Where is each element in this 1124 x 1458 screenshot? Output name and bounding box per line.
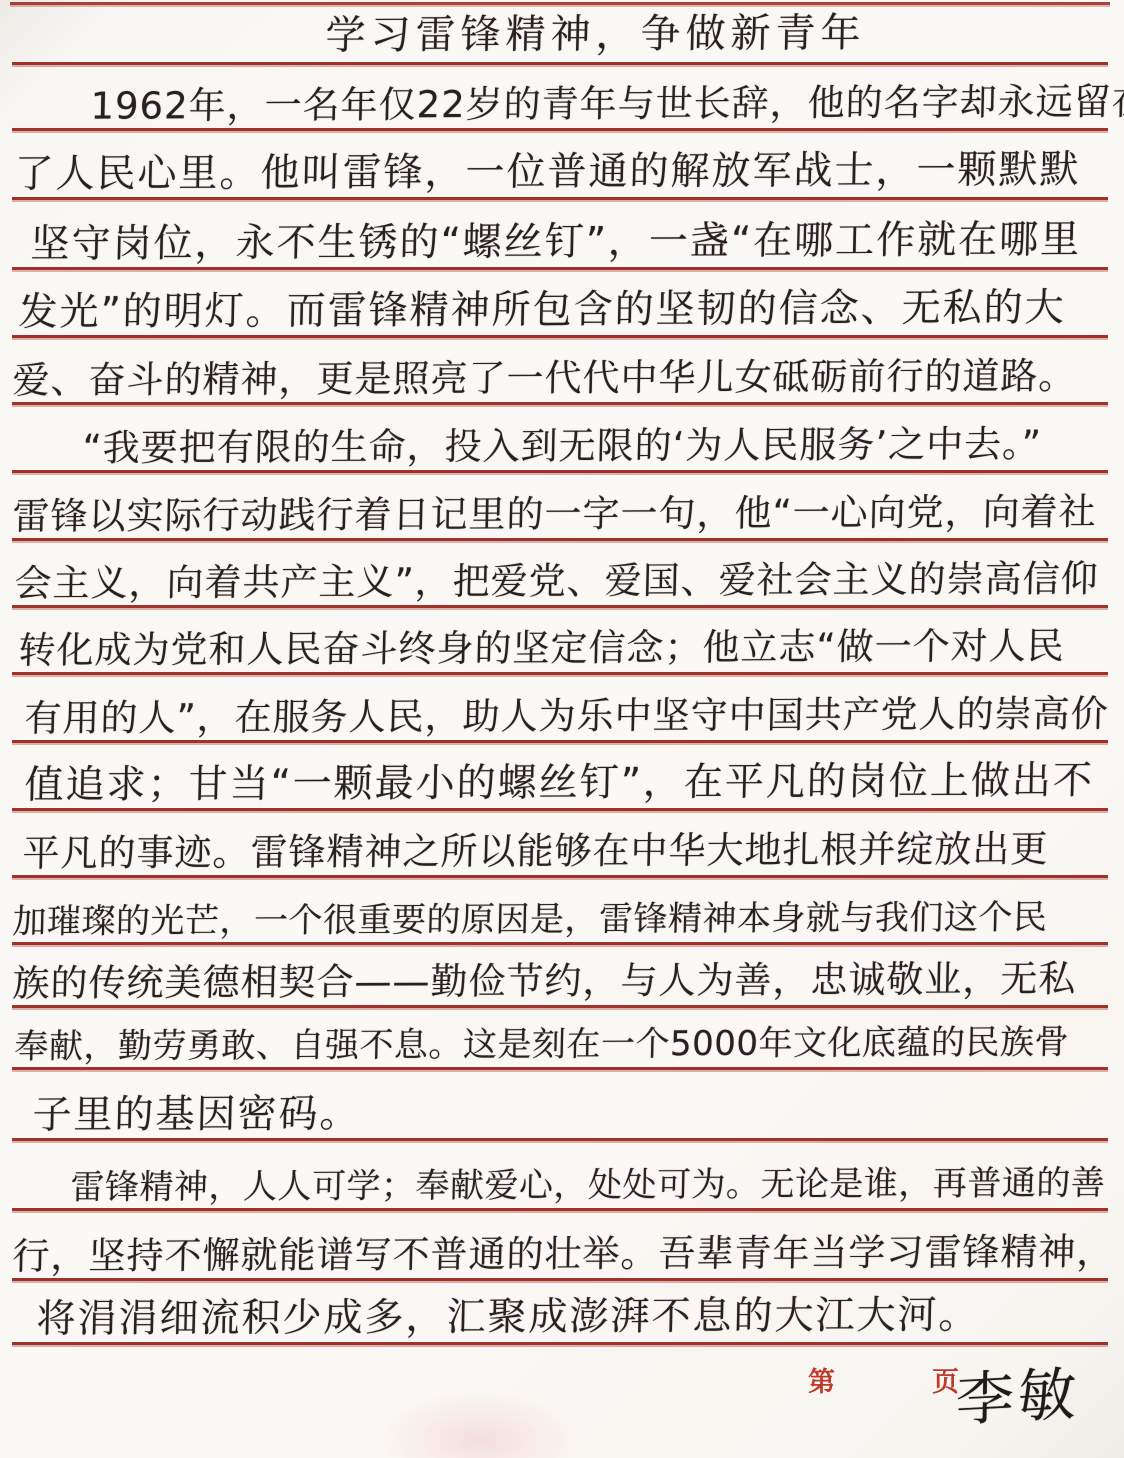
handwritten-essay-page: 学习雷锋精神，争做新青年 1962年，一名年仅22岁的青年与世长辞，他的名字却永…	[0, 0, 1124, 1458]
essay-line-13: 加璀璨的光芒，一个很重要的原因是，雷锋精神本身就与我们这个民	[12, 882, 1108, 945]
essay-line-4: 发光”的明灯。而雷锋精神所包含的坚韧的信念、无私的大	[12, 275, 1108, 338]
page-number-prefix: 第	[808, 1360, 835, 1399]
essay-line-6: “我要把有限的生命，投入到无限的‘为人民服务’之中去。”	[12, 410, 1108, 473]
essay-line-11: 值追求；甘当“一颗最小的螺丝钉”，在平凡的岗位上做出不	[12, 748, 1108, 811]
essay-line-19: 将涓涓细流积少成多，汇聚成澎湃不息的大江大河。	[12, 1282, 1108, 1345]
author-signature: 李敏	[955, 1347, 1080, 1438]
essay-line-2: 了人民心里。他叫雷锋，一位普通的解放军战士，一颗默默	[12, 137, 1108, 200]
essay-line-9: 转化成为党和人民奋斗终身的坚定信念；他立志“做一个对人民	[12, 612, 1108, 675]
essay-line-3: 坚守岗位，永不生锈的“螺丝钉”，一盏“在哪工作就在哪里	[12, 207, 1108, 270]
essay-line-16: 子里的基因密码。	[12, 1078, 1108, 1141]
page-number-suffix: 页	[932, 1360, 959, 1399]
essay-line-5: 爱、奋斗的精神，更是照亮了一代代中华儿女砥砺前行的道路。	[12, 342, 1108, 405]
essay-line-1: 1962年，一名年仅22岁的青年与世长辞，他的名字却永远留在	[12, 68, 1108, 131]
essay-line-7: 雷锋以实际行动践行着日记里的一字一句，他“一心向党，向着社	[12, 478, 1108, 541]
essay-line-15: 奉献，勤劳勇敢、自强不息。这是刻在一个5000年文化底蕴的民族骨	[12, 1007, 1108, 1070]
essay-line-14: 族的传统美德相契合——勤俭节约，与人为善，忠诚敬业，无私	[12, 945, 1108, 1008]
essay-line-8: 会主义，向着共产主义”，把爱党、爱国、爱社会主义的崇高信仰	[12, 545, 1108, 608]
essay-line-17: 雷锋精神，人人可学；奉献爱心，处处可为。无论是谁，再普通的善	[12, 1148, 1108, 1211]
title-row: 学习雷锋精神，争做新青年	[12, 2, 1108, 65]
essay-line-10: 有用的人”，在服务人民，助人为乐中坚守中国共产党人的崇高价	[12, 680, 1108, 743]
essay-line-12: 平凡的事迹。雷锋精神之所以能够在中华大地扎根并绽放出更	[12, 815, 1108, 878]
essay-line-18: 行，坚持不懈就能谱写不普通的壮举。吾辈青年当学习雷锋精神，	[12, 1218, 1108, 1281]
page-footer: 第 页 李敏	[0, 1352, 1124, 1452]
essay-title: 学习雷锋精神，争做新青年	[255, 13, 866, 62]
